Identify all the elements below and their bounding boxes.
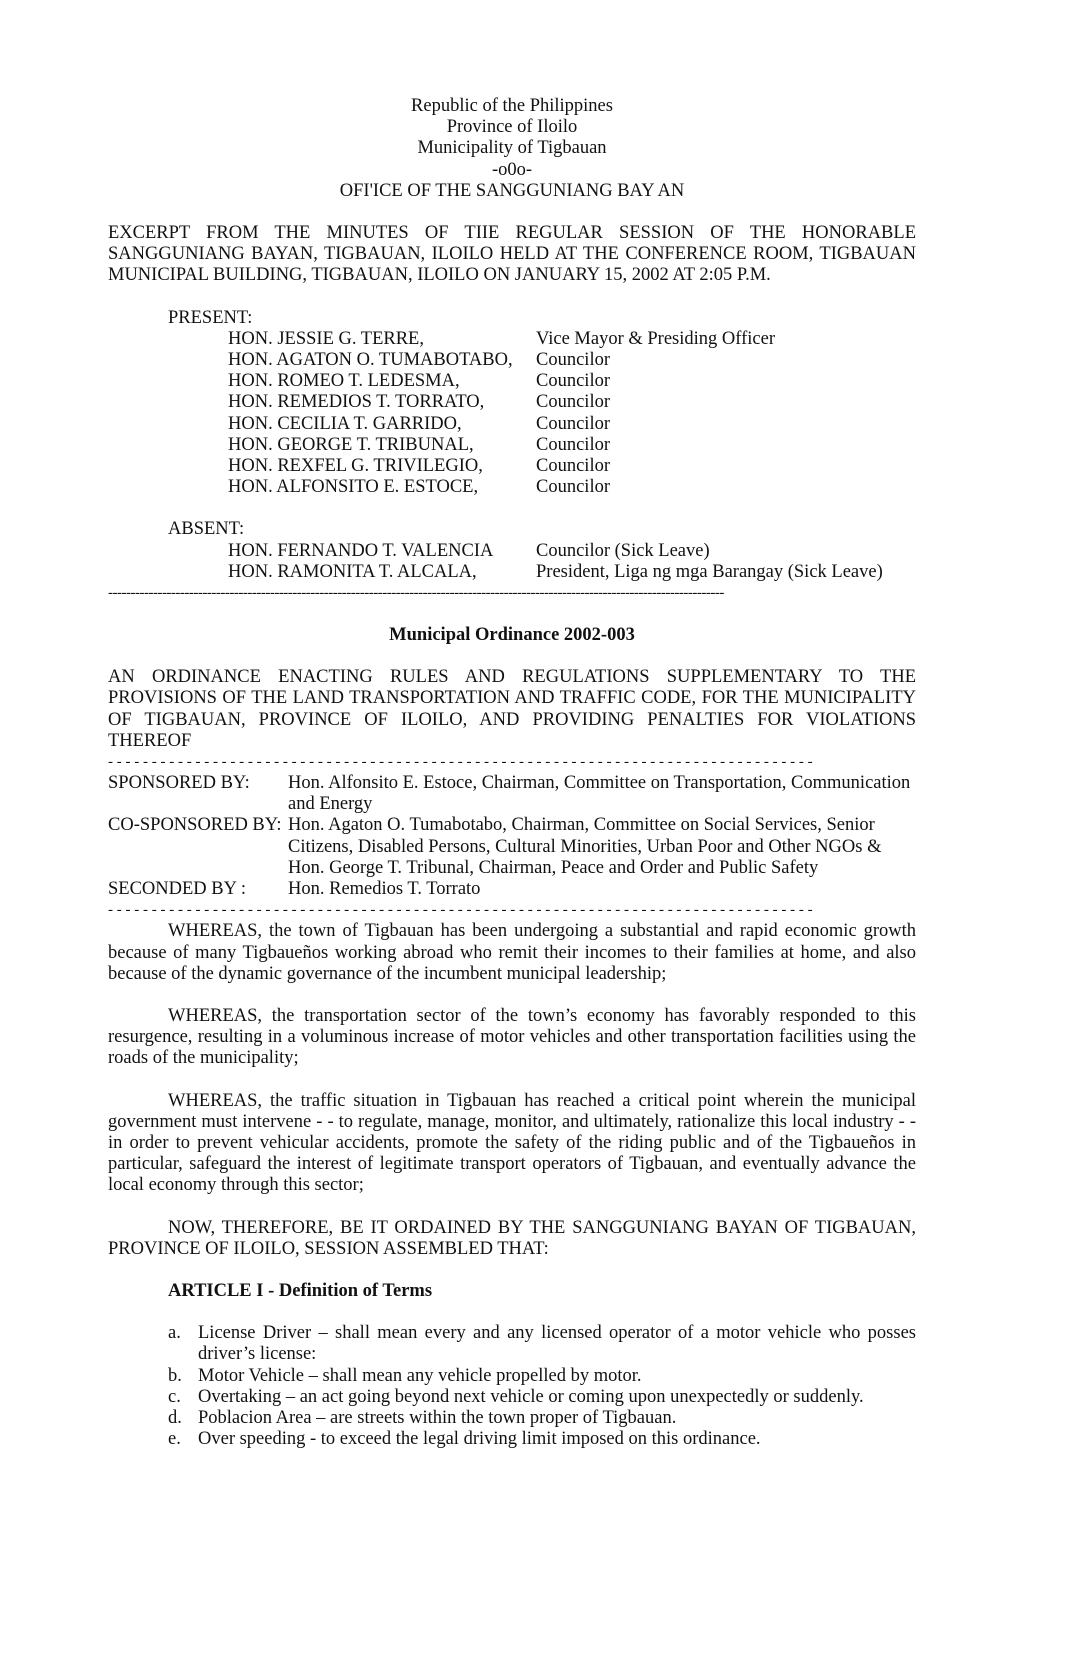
attendee-row: HON. REXFEL G. TRIVILEGIO, Councilor [228, 456, 916, 477]
whereas-clauses: WHEREAS, the town of Tigbauan has been u… [108, 921, 916, 1260]
absentee-role: Councilor (Sick Leave) [536, 541, 916, 562]
attendee-name: HON. JESSIE G. TERRE, [228, 329, 536, 350]
sponsor-value: Hon. Alfonsito E. Estoce, Chairman, Comm… [288, 773, 916, 815]
present-label: PRESENT: [168, 308, 916, 329]
attendee-row: HON. AGATON O. TUMABOTABO, Councilor [228, 350, 916, 371]
definition-item: d. Poblacion Area – are streets within t… [168, 1408, 916, 1429]
attendee-row: HON. REMEDIOS T. TORRATO, Councilor [228, 392, 916, 413]
attendee-role: Councilor [536, 456, 916, 477]
ordinance-description: AN ORDINANCE ENACTING RULES AND REGULATI… [108, 667, 916, 752]
sponsor-row: SPONSORED BY: Hon. Alfonsito E. Estoce, … [108, 773, 916, 815]
header-republic: Republic of the Philippines [108, 96, 916, 117]
absentee-name: HON. FERNANDO T. VALENCIA [228, 541, 536, 562]
separator-line: - - - - - - - - - - - - - - - - - - - - … [108, 752, 916, 773]
attendee-name: HON. REXFEL G. TRIVILEGIO, [228, 456, 536, 477]
definition-letter: d. [168, 1408, 198, 1429]
absentee-row: HON. FERNANDO T. VALENCIA Councilor (Sic… [228, 541, 916, 562]
seconded-value: Hon. Remedios T. Torrato [288, 879, 916, 900]
definition-item: e. Over speeding - to exceed the legal d… [168, 1429, 916, 1450]
whereas-clause: WHEREAS, the traffic situation in Tigbau… [108, 1091, 916, 1197]
absentee-name: HON. RAMONITA T. ALCALA, [228, 562, 536, 583]
attendee-name: HON. AGATON O. TUMABOTABO, [228, 350, 536, 371]
attendee-role: Councilor [536, 435, 916, 456]
absentee-row: HON. RAMONITA T. ALCALA, President, Liga… [228, 562, 916, 583]
definition-text: Motor Vehicle – shall mean any vehicle p… [198, 1366, 916, 1387]
definitions-list: a. License Driver – shall mean every and… [168, 1323, 916, 1450]
attendee-row: HON. GEORGE T. TRIBUNAL, Councilor [228, 435, 916, 456]
seconded-row: SECONDED BY : Hon. Remedios T. Torrato [108, 879, 916, 900]
attendee-name: HON. ROMEO T. LEDESMA, [228, 371, 536, 392]
definition-text: Poblacion Area – are streets within the … [198, 1408, 916, 1429]
header-municipality: Municipality of Tigbauan [108, 138, 916, 159]
definition-letter: a. [168, 1323, 198, 1365]
absentee-role: President, Liga ng mga Barangay (Sick Le… [536, 562, 916, 583]
letterhead: Republic of the Philippines Province of … [108, 96, 916, 202]
whereas-clause: WHEREAS, the transportation sector of th… [108, 1006, 916, 1070]
separator-line: - - - - - - - - - - - - - - - - - - - - … [108, 900, 916, 921]
enacting-clause: NOW, THEREFORE, BE IT ORDAINED BY THE SA… [108, 1218, 916, 1260]
co-sponsor-row: CO-SPONSORED BY: Hon. Agaton O. Tumabota… [108, 815, 916, 879]
minutes-excerpt: EXCERPT FROM THE MINUTES OF TIIE REGULAR… [108, 223, 916, 287]
header-office: OFI'ICE OF THE SANGGUNIANG BAY AN [108, 181, 916, 202]
ordinance-title: Municipal Ordinance 2002-003 [108, 625, 916, 646]
attendee-row: HON. ALFONSITO E. ESTOCE, Councilor [228, 477, 916, 498]
attendance-absent: ABSENT: HON. FERNANDO T. VALENCIA Counci… [168, 519, 916, 583]
header-province: Province of Iloilo [108, 117, 916, 138]
attendee-name: HON. ALFONSITO E. ESTOCE, [228, 477, 536, 498]
attendee-name: HON. REMEDIOS T. TORRATO, [228, 392, 536, 413]
definition-item: b. Motor Vehicle – shall mean any vehicl… [168, 1366, 916, 1387]
header-ornament: -o0o- [108, 160, 916, 181]
co-sponsor-label: CO-SPONSORED BY: [108, 815, 288, 879]
absent-label: ABSENT: [168, 519, 916, 540]
attendee-role: Vice Mayor & Presiding Officer [536, 329, 916, 350]
definition-text: Overtaking – an act going beyond next ve… [198, 1387, 916, 1408]
definition-text: Over speeding - to exceed the legal driv… [198, 1429, 916, 1450]
attendee-role: Councilor [536, 477, 916, 498]
definition-letter: e. [168, 1429, 198, 1450]
attendee-row: HON. JESSIE G. TERRE, Vice Mayor & Presi… [228, 329, 916, 350]
attendee-row: HON. CECILIA T. GARRIDO, Councilor [228, 414, 916, 435]
attendee-role: Councilor [536, 392, 916, 413]
definition-text: License Driver – shall mean every and an… [198, 1323, 916, 1365]
attendee-name: HON. CECILIA T. GARRIDO, [228, 414, 536, 435]
article-title: ARTICLE I - Definition of Terms [168, 1281, 916, 1302]
attendee-row: HON. ROMEO T. LEDESMA, Councilor [228, 371, 916, 392]
attendee-role: Councilor [536, 414, 916, 435]
definition-letter: b. [168, 1366, 198, 1387]
document-page: Republic of the Philippines Province of … [108, 96, 916, 1450]
seconded-label: SECONDED BY : [108, 879, 288, 900]
attendee-role: Councilor [536, 350, 916, 371]
attendee-name: HON. GEORGE T. TRIBUNAL, [228, 435, 536, 456]
attendee-role: Councilor [536, 371, 916, 392]
co-sponsor-value: Hon. Agaton O. Tumabotabo, Chairman, Com… [288, 815, 916, 879]
sponsor-label: SPONSORED BY: [108, 773, 288, 815]
definition-letter: c. [168, 1387, 198, 1408]
sponsors-block: SPONSORED BY: Hon. Alfonsito E. Estoce, … [108, 773, 916, 900]
definition-item: c. Overtaking – an act going beyond next… [168, 1387, 916, 1408]
whereas-clause: WHEREAS, the town of Tigbauan has been u… [108, 921, 916, 985]
separator-line: ----------------------------------------… [108, 583, 916, 604]
definition-item: a. License Driver – shall mean every and… [168, 1323, 916, 1365]
attendance-present: PRESENT: HON. JESSIE G. TERRE, Vice Mayo… [168, 308, 916, 583]
